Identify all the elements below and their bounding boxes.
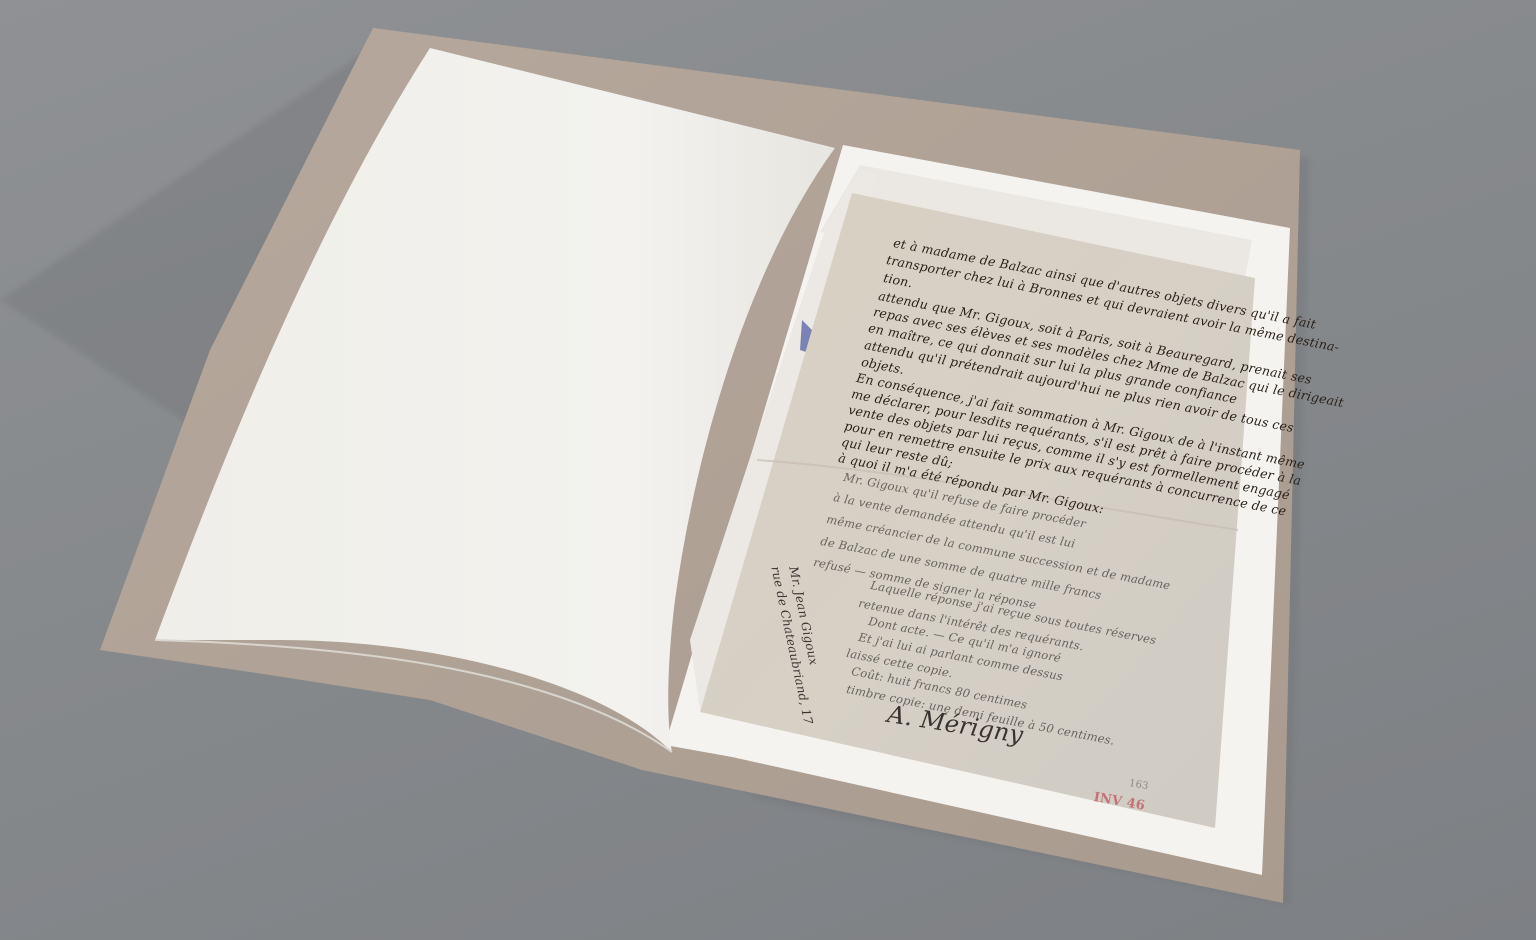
folder-scene	[0, 0, 1536, 940]
